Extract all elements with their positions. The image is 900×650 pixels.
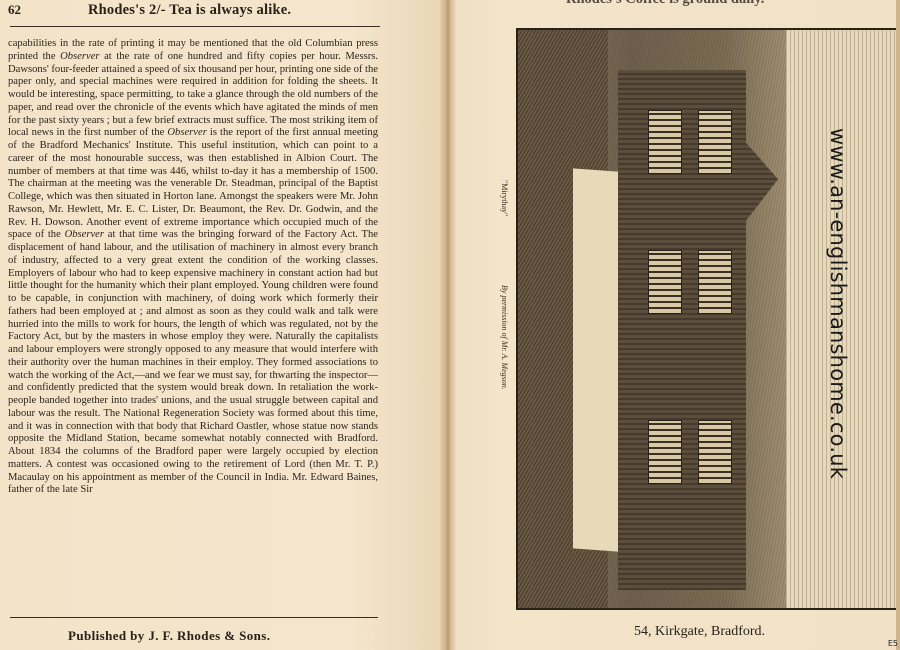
window xyxy=(698,250,732,314)
header-rule xyxy=(10,26,380,28)
newspaper-title: Observer xyxy=(65,229,104,240)
permission-credit: By permission of Mr. A. Megson. xyxy=(500,285,509,390)
running-head-title: Rhodes's 2/- Tea is always alike. xyxy=(88,2,291,19)
website-watermark: www.an-englishmanshome.co.uk xyxy=(826,128,850,479)
address-caption: 54, Kirkgate, Bradford. xyxy=(634,624,765,640)
page-edge xyxy=(896,0,900,650)
window xyxy=(648,250,682,314)
footer-rule xyxy=(10,617,378,618)
text-segment: is the report of the first annual meetin… xyxy=(8,127,378,240)
body-paragraph: capabilities in the rate of printing it … xyxy=(8,38,378,497)
corner-mark: E5 xyxy=(888,639,898,648)
book-gutter xyxy=(440,0,456,650)
window xyxy=(698,420,732,484)
text-segment: at the rate of one hundred and fifty cop… xyxy=(8,51,378,139)
garden-path xyxy=(573,168,618,551)
left-page: 62 Rhodes's 2/- Tea is always alike. cap… xyxy=(0,0,440,650)
publisher-footer: Published by J. F. Rhodes & Sons. xyxy=(68,628,270,644)
page-number: 62 xyxy=(8,2,88,18)
right-running-head: Rhodes's Coffee is ground daily. xyxy=(566,0,764,8)
left-running-head: 62 Rhodes's 2/- Tea is always alike. xyxy=(8,2,370,19)
text-segment: at that time was the bringing forward of… xyxy=(8,229,378,495)
window xyxy=(698,110,732,174)
book-spread: 62 Rhodes's 2/- Tea is always alike. cap… xyxy=(0,0,900,650)
newspaper-title: Observer xyxy=(167,127,206,138)
window xyxy=(648,110,682,174)
window xyxy=(648,420,682,484)
newspaper-title: Observer xyxy=(60,51,99,62)
right-page: Rhodes's Coffee is ground daily. "Miryth… xyxy=(456,0,900,650)
house-name-caption: "Mirythay" xyxy=(500,180,509,216)
